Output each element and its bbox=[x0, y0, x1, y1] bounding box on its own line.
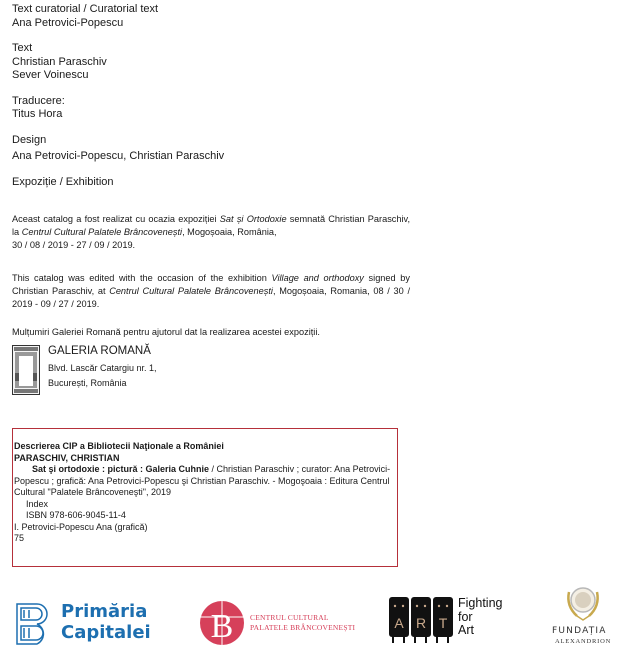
svg-text:B: B bbox=[211, 608, 234, 645]
galeria-name: GALERIA ROMANĂ bbox=[48, 345, 151, 357]
ccpb-logo: B CENTRUL CULTURAL PALATELE BRÂNCOVENEȘT… bbox=[198, 599, 368, 647]
paragraph-en: This catalog was edited with the occasio… bbox=[12, 272, 410, 311]
art-figures-icon: A R T bbox=[388, 594, 456, 646]
credit-name: Ana Petrovici-Popescu, Christian Parasch… bbox=[12, 150, 224, 164]
galeria-city: București, România bbox=[48, 378, 127, 388]
text: , Mogoșoaia, România, bbox=[182, 227, 276, 237]
fighting-for-art-logo: A R T Fighting for Art bbox=[388, 594, 518, 646]
cip-heading: Descrierea CIP a Bibliotecii Naţionale a… bbox=[14, 441, 224, 451]
fighting-for-art-name: Fighting for Art bbox=[458, 597, 502, 638]
text: This catalog was edited with the occasio… bbox=[12, 273, 272, 283]
exhibition-dates: 30 / 08 / 2019 - 27 / 09 / 2019. bbox=[12, 240, 135, 250]
ccpb-name: CENTRUL CULTURAL PALATELE BRÂNCOVENEȘTI bbox=[250, 613, 355, 632]
svg-text:R: R bbox=[416, 615, 426, 631]
credit-label: Design bbox=[12, 134, 224, 148]
cip-code: 75 bbox=[14, 533, 397, 545]
credit-name: Ana Petrovici-Popescu bbox=[12, 17, 224, 31]
credit-name: Sever Voinescu bbox=[12, 69, 224, 83]
galeria-address: Blvd. Lascăr Catargiu nr. 1, bbox=[48, 363, 157, 373]
exhibition-title: Sat și Ortodoxie bbox=[220, 214, 287, 224]
paragraph-ro: Aceast catalog a fost realizat cu ocazia… bbox=[12, 213, 410, 252]
credit-label: Traducere: bbox=[12, 95, 224, 109]
fundatia-alexandrion-logo: FUNDAȚIA ALEXANDRION bbox=[545, 582, 625, 658]
venue-name: Centrul Cultural Palatele Brâncovenești bbox=[109, 286, 273, 296]
sponsor-logos: Primăria Capitalei B CENTRUL CULTURAL PA… bbox=[0, 580, 626, 658]
exhibition-title: Village and orthodoxy bbox=[272, 273, 364, 283]
venue-name: Centrul Cultural Palatele Brâncovenești bbox=[22, 227, 182, 237]
ccpb-line2: PALATELE BRÂNCOVENEȘTI bbox=[250, 623, 355, 633]
art-line3: Art bbox=[458, 624, 502, 638]
primaria-line1: Primăria bbox=[61, 601, 151, 622]
cip-author: PARASCHIV, CHRISTIAN bbox=[14, 453, 120, 463]
cip-isbn: ISBN 978-606-9045-11-4 bbox=[14, 510, 397, 522]
laurel-medallion-icon bbox=[563, 582, 603, 624]
thanks-text: Mulțumiri Galeriei Romană pentru ajutoru… bbox=[12, 326, 432, 339]
credit-label: Text bbox=[12, 42, 224, 56]
svg-text:T: T bbox=[439, 615, 448, 631]
text: Aceast catalog a fost realizat cu ocazia… bbox=[12, 214, 220, 224]
credit-design: Design Ana Petrovici-Popescu, Christian … bbox=[12, 134, 224, 164]
primaria-building-icon bbox=[15, 602, 55, 646]
cip-index: Index bbox=[14, 499, 397, 511]
exhibition-heading: Expoziție / Exhibition bbox=[12, 176, 224, 190]
credit-translation: Traducere: Titus Hora bbox=[12, 95, 224, 122]
galeria-logo-icon bbox=[12, 345, 40, 395]
primaria-line2: Capitalei bbox=[61, 622, 151, 643]
primaria-name: Primăria Capitalei bbox=[61, 601, 151, 643]
credit-name: Christian Paraschiv bbox=[12, 56, 224, 70]
art-line2: for bbox=[458, 611, 502, 625]
ccpb-b-emblem-icon: B bbox=[198, 599, 246, 647]
credit-curatorial: Text curatorial / Curatorial text Ana Pe… bbox=[12, 3, 224, 30]
credit-text: Text Christian Paraschiv Sever Voinescu bbox=[12, 42, 224, 83]
cip-entry: I. Petrovici-Popescu Ana (grafică) bbox=[14, 522, 397, 534]
primaria-capitalei-logo: Primăria Capitalei bbox=[15, 602, 165, 652]
ccpb-line1: CENTRUL CULTURAL bbox=[250, 613, 355, 623]
alexandrion-line2: ALEXANDRION bbox=[555, 638, 611, 645]
art-line1: Fighting bbox=[458, 597, 502, 611]
svg-text:A: A bbox=[394, 615, 404, 631]
credits-list: Text curatorial / Curatorial text Ana Pe… bbox=[12, 3, 224, 201]
cip-title: Sat şi ortodoxie : pictură : Galeria Cuh… bbox=[23, 464, 209, 474]
credit-label: Text curatorial / Curatorial text bbox=[12, 3, 224, 17]
cip-description-box: Descrierea CIP a Bibliotecii Naţionale a… bbox=[12, 428, 398, 567]
credit-name: Titus Hora bbox=[12, 108, 224, 122]
alexandrion-line1: FUNDAȚIA bbox=[552, 626, 607, 636]
